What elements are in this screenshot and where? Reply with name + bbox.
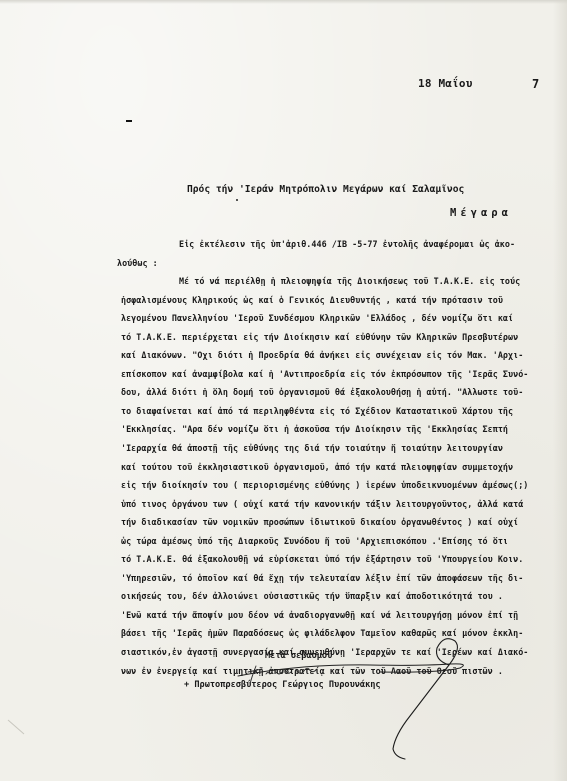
body-line: 'Εκκλησίας. "Αρα δέν νομίζω ὅτι ἡ ἀσκοῦσ… (121, 420, 561, 439)
body-line: καί τούτου τοῦ ἐκκλησιαστικοῦ ὀργανισμοῦ… (121, 458, 561, 477)
body-line: Μέ τό νά περιέλθῃ ἡ πλειοψηφία τῆς Διοικ… (121, 272, 561, 291)
body-line: Εἰς ἐκτέλεσιν τῆς ὑπ'ἀριθ.446 /ΙΒ -5-77 … (121, 235, 561, 254)
body-line: καί Διακόνων. "Οχι διότι ἡ Προεδρία θά ἀ… (121, 346, 561, 365)
body-line: 'Υπηρεσιῶν, τό ὁποῖον καί θά ἔχῃ τήν τελ… (121, 569, 561, 588)
body-line: ἠσφαλισμένους Κληρικούς ὡς καί ὁ Γενικός… (121, 291, 561, 310)
closing-salutation: Μετά σεβασμοῦ (265, 651, 332, 661)
page-number: 7 (532, 77, 539, 91)
body-line: εἰς τήν διοίκησίν του ( περιορισμένης εὐ… (121, 476, 561, 495)
body-line: τό Τ.Α.Κ.Ε. θά ἐξακολουθῇ νά εὑρίσκεται … (121, 550, 561, 569)
recipient-city: Μέγαρα (450, 207, 512, 219)
body-line: 'Ιεραρχία θά ἀποστῇ τῆς εὐθύνης της διά … (121, 439, 561, 458)
body-line: νων ἐν ἐνεργείᾳ καί τιμητικῇ ἀποστρατείᾳ… (121, 662, 561, 681)
body-line: λεγομένου Πανελληνίου 'Ιεροῦ Συνδέσμου Κ… (121, 309, 561, 328)
ink-dot (236, 199, 238, 201)
dash-mark (126, 120, 132, 122)
body-line: το διαφαίνεται καί ἀπό τά περιληφθέντα ε… (121, 402, 561, 421)
body-line: ὡς τώρα ἀμέσως ὑπό τῆς Διαρκοῦς Συνόδου … (121, 532, 561, 551)
body-line: ὑπό τινος ὀργάνου των ( οὐχί κατά τήν κα… (121, 495, 561, 514)
recipient-address: Πρός τήν 'Ιεράν Μητρόπολιν Μεγάρων καί Σ… (187, 184, 464, 195)
body-line: βάσει τῆς 'Ιερᾶς ἡμῶν Παραδόσεως ὡς φιλά… (121, 624, 561, 643)
body-line: επίσκοπον καί ἀναμφίβολα καί ἡ 'Αντιπροε… (121, 365, 561, 384)
body-line: τήν διαδικασίαν τῶν νομικῶν προσώπων ἰδι… (121, 513, 561, 532)
body-line: τό Τ.Α.Κ.Ε. περιέρχεται εἰς τήν Διοίκησι… (121, 328, 561, 347)
letter-date: 18 Μαΐου (418, 77, 473, 90)
body-line: σιαστικόν,ἐν ἀγαστῇ συνεργασίᾳ καί συνευ… (121, 643, 561, 662)
scanned-letter-page: 18 Μαΐου 7 Πρός τήν 'Ιεράν Μητρόπολιν Με… (0, 0, 567, 781)
body-line: 'Ενῶ κατά τήν ἄποψίν μου δέον νά ἀναδιορ… (121, 606, 561, 625)
body-line: λούθως : (117, 254, 561, 273)
body-line: οικήσεώς του, δέν ἀλλοιώνει οὐσιαστικῶς … (121, 587, 561, 606)
letter-body: Εἰς ἐκτέλεσιν τῆς ὑπ'ἀριθ.446 /ΙΒ -5-77 … (121, 235, 561, 680)
body-line: δου, ἀλλά διότι ἡ ὅλη δομή τοῦ ὀργανισμο… (121, 383, 561, 402)
signer-name: + Πρωτοπρεσβύτερος Γεώργιος Πυρουνάκης (184, 680, 381, 690)
